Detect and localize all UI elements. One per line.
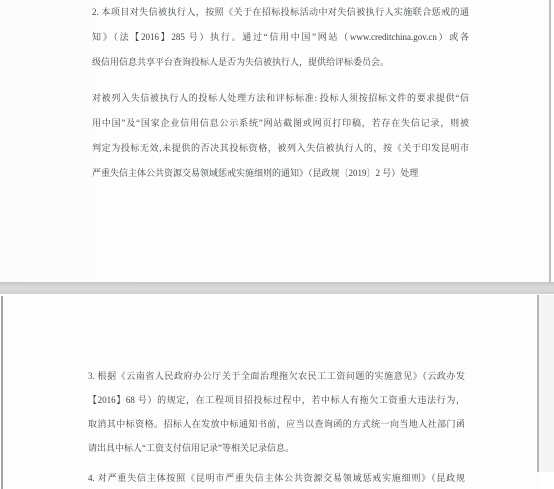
page-2-right-margin	[539, 295, 554, 472]
text-line: 级信用信息共享平台查询投标人是否为失信被执行人，提供给评标委员会。	[92, 50, 469, 75]
page-separator	[0, 282, 554, 294]
page-1-right-edge	[549, 0, 551, 282]
text-line: 2. 本项目对失信被执行人，按照《关于在招标投标活动中对失信被执行人实施联合惩戒…	[92, 0, 469, 25]
text-line: 3. 根据《云南省人民政府办公厅关于全面治理拖欠农民工工资问题的实施意见》（云政…	[88, 364, 465, 388]
text-line: 知》（法【2016】285 号）执行。通过“信用中国”网站（www.credit…	[92, 25, 469, 50]
text-line: 严重失信主体公共资源交易领域惩戒实施细则的通知》（昆政规〔2019〕2 号）处理	[92, 161, 469, 186]
text-line: 取消其中标资格。招标人在发放中标通知书前，应当以查询函的方式统一向当地人社部门函	[88, 412, 465, 436]
text-line: 对被列入失信被执行人的投标人处理方法和评标标准: 投标人须按招标文件的要求提供“…	[92, 86, 469, 111]
paragraph-debtor-execution: 2. 本项目对失信被执行人，按照《关于在招标投标活动中对失信被执行人实施联合惩戒…	[92, 0, 469, 75]
paragraph-wage-arrears: 3. 根据《云南省人民政府办公厅关于全面治理拖欠农民工工资问题的实施意见》（云政…	[88, 364, 465, 460]
paragraph-serious-dishonesty: 4. 对严重失信主体按照《昆明市严重失信主体公共资源交易领域惩戒实施细则》（昆政…	[88, 466, 465, 489]
document-page-2: 3. 根据《云南省人民政府办公厅关于全面治理拖欠农民工工资问题的实施意见》（云政…	[0, 294, 540, 489]
document-page-1: 2. 本项目对失信被执行人，按照《关于在招标投标活动中对失信被执行人实施联合惩戒…	[0, 0, 554, 282]
page-corner	[543, 472, 554, 489]
paragraph-handling-method: 对被列入失信被执行人的投标人处理方法和评标标准: 投标人须按招标文件的要求提供“…	[92, 86, 469, 186]
page-2-right-edge	[537, 295, 539, 472]
text-line: 请出具中标人“工资支付信用记录”等相关记录信息。	[88, 436, 465, 460]
text-line: 【2016】68 号）的规定，在工程项目招投标过程中，若中标人有拖欠工资重大违法…	[88, 388, 465, 412]
text-line: 4. 对严重失信主体按照《昆明市严重失信主体公共资源交易领域惩戒实施细则》（昆政…	[88, 466, 465, 489]
page-2-left-edge	[1, 296, 3, 489]
text-line: 判定为投标无效,未提供的否决其投标资格，被列入失信被执行人的，按《关于印发昆明市	[92, 136, 469, 161]
document-viewer: 2. 本项目对失信被执行人，按照《关于在招标投标活动中对失信被执行人实施联合惩戒…	[0, 0, 554, 489]
text-line: 用中国”及“国家企业信用信息公示系统”网站截图或网页打印稿，若存在失信记录，则被	[92, 111, 469, 136]
